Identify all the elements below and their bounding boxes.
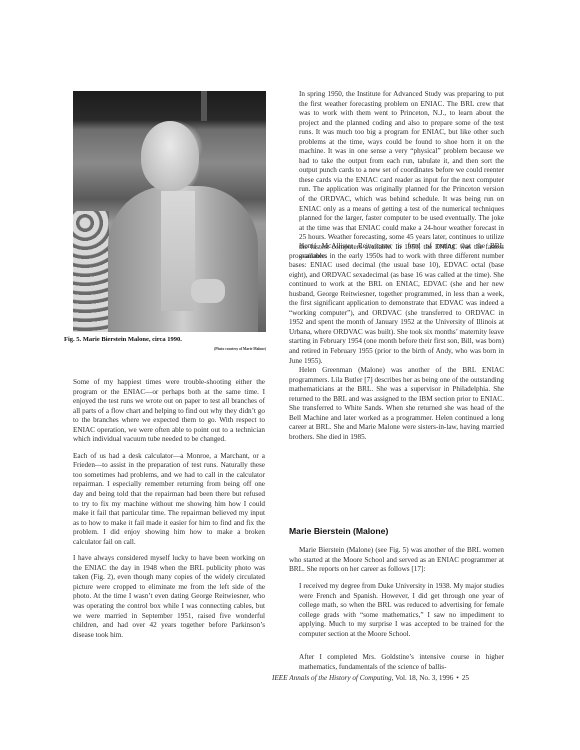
photo-flowers [73,211,109,332]
right-column-quote-top: In spring 1950, the Institute for Advanc… [299,90,504,262]
paragraph: Some of my happiest times were trouble-s… [73,378,265,445]
paragraph: Homé McAllister Reitwiesner is fond of n… [289,242,504,366]
photo-head [141,121,199,191]
figure-photo [73,91,266,332]
left-column-quote: Some of my happiest times were trouble-s… [73,378,265,640]
paragraph: Each of us had a desk calculator—a Monro… [73,452,265,547]
photo-background-post [201,91,207,121]
bullet-separator: • [456,674,459,682]
paragraph: I have always considered myself lucky to… [73,554,265,640]
page-number: 25 [462,674,469,682]
page-footer: IEEE Annals of the History of Computing,… [272,674,469,682]
block-quote: After I completed Mrs. Goldstine’s inten… [299,653,504,672]
photo-shirt [161,191,195,311]
paragraph: In spring 1950, the Institute for Advanc… [299,90,504,262]
right-column-body: Homé McAllister Reitwiesner is fond of n… [289,242,504,442]
section-heading: Marie Bierstein (Malone) [289,526,388,536]
section-intro: Marie Bierstein (Malone) (see Fig. 5) wa… [289,546,504,575]
volume-info: , Vol. 18, No. 3, 1996 [392,674,454,682]
block-quote: I received my degree from Duke Universit… [299,582,504,639]
figure-caption: Fig. 5. Marie Bierstein Malone, circa 19… [64,336,182,343]
journal-page: Fig. 5. Marie Bierstein Malone, circa 19… [0,0,580,750]
photo-hands [191,279,225,303]
journal-title: IEEE Annals of the History of Computing [272,674,392,682]
paragraph: Helen Greenman (Malone) was another of t… [289,366,504,442]
figure-credit: (Photo courtesy of Marie Malone) [214,347,266,351]
